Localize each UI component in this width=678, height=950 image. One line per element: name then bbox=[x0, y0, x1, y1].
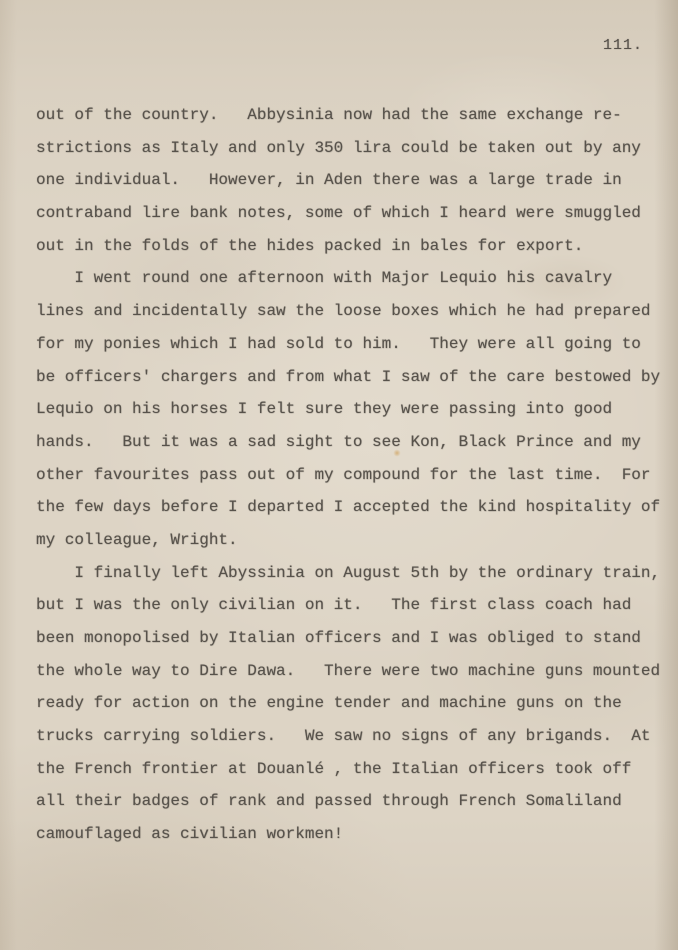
text-line: other favourites pass out of my compound… bbox=[36, 459, 666, 492]
page-number: 111. bbox=[603, 37, 643, 54]
text-line: hands. But it was a sad sight to see Kon… bbox=[36, 426, 666, 459]
text-line: been monopolised by Italian officers and… bbox=[36, 622, 666, 655]
text-line: camouflaged as civilian workmen! bbox=[36, 818, 666, 851]
text-line: I went round one afternoon with Major Le… bbox=[36, 262, 666, 295]
text-line: I finally left Abyssinia on August 5th b… bbox=[36, 557, 666, 590]
text-line: the few days before I departed I accepte… bbox=[36, 491, 666, 524]
text-line: out in the folds of the hides packed in … bbox=[36, 230, 666, 263]
text-line: Lequio on his horses I felt sure they we… bbox=[36, 393, 666, 426]
text-line: the whole way to Dire Dawa. There were t… bbox=[36, 655, 666, 688]
text-line: my colleague, Wright. bbox=[36, 524, 666, 557]
text-line: strictions as Italy and only 350 lira co… bbox=[36, 132, 666, 165]
text-line: one individual. However, in Aden there w… bbox=[36, 164, 666, 197]
typewritten-document-page: 111. out of the country. Abbysinia now h… bbox=[0, 0, 678, 950]
text-line: the French frontier at Douanlé , the Ita… bbox=[36, 753, 666, 786]
text-line: out of the country. Abbysinia now had th… bbox=[36, 99, 666, 132]
text-line: trucks carrying soldiers. We saw no sign… bbox=[36, 720, 666, 753]
text-line: ready for action on the engine tender an… bbox=[36, 687, 666, 720]
text-line: for my ponies which I had sold to him. T… bbox=[36, 328, 666, 361]
text-line: lines and incidentally saw the loose box… bbox=[36, 295, 666, 328]
text-line: all their badges of rank and passed thro… bbox=[36, 785, 666, 818]
text-line: contraband lire bank notes, some of whic… bbox=[36, 197, 666, 230]
text-line: be officers' chargers and from what I sa… bbox=[36, 361, 666, 394]
text-line: but I was the only civilian on it. The f… bbox=[36, 589, 666, 622]
document-lines: out of the country. Abbysinia now had th… bbox=[36, 99, 666, 851]
